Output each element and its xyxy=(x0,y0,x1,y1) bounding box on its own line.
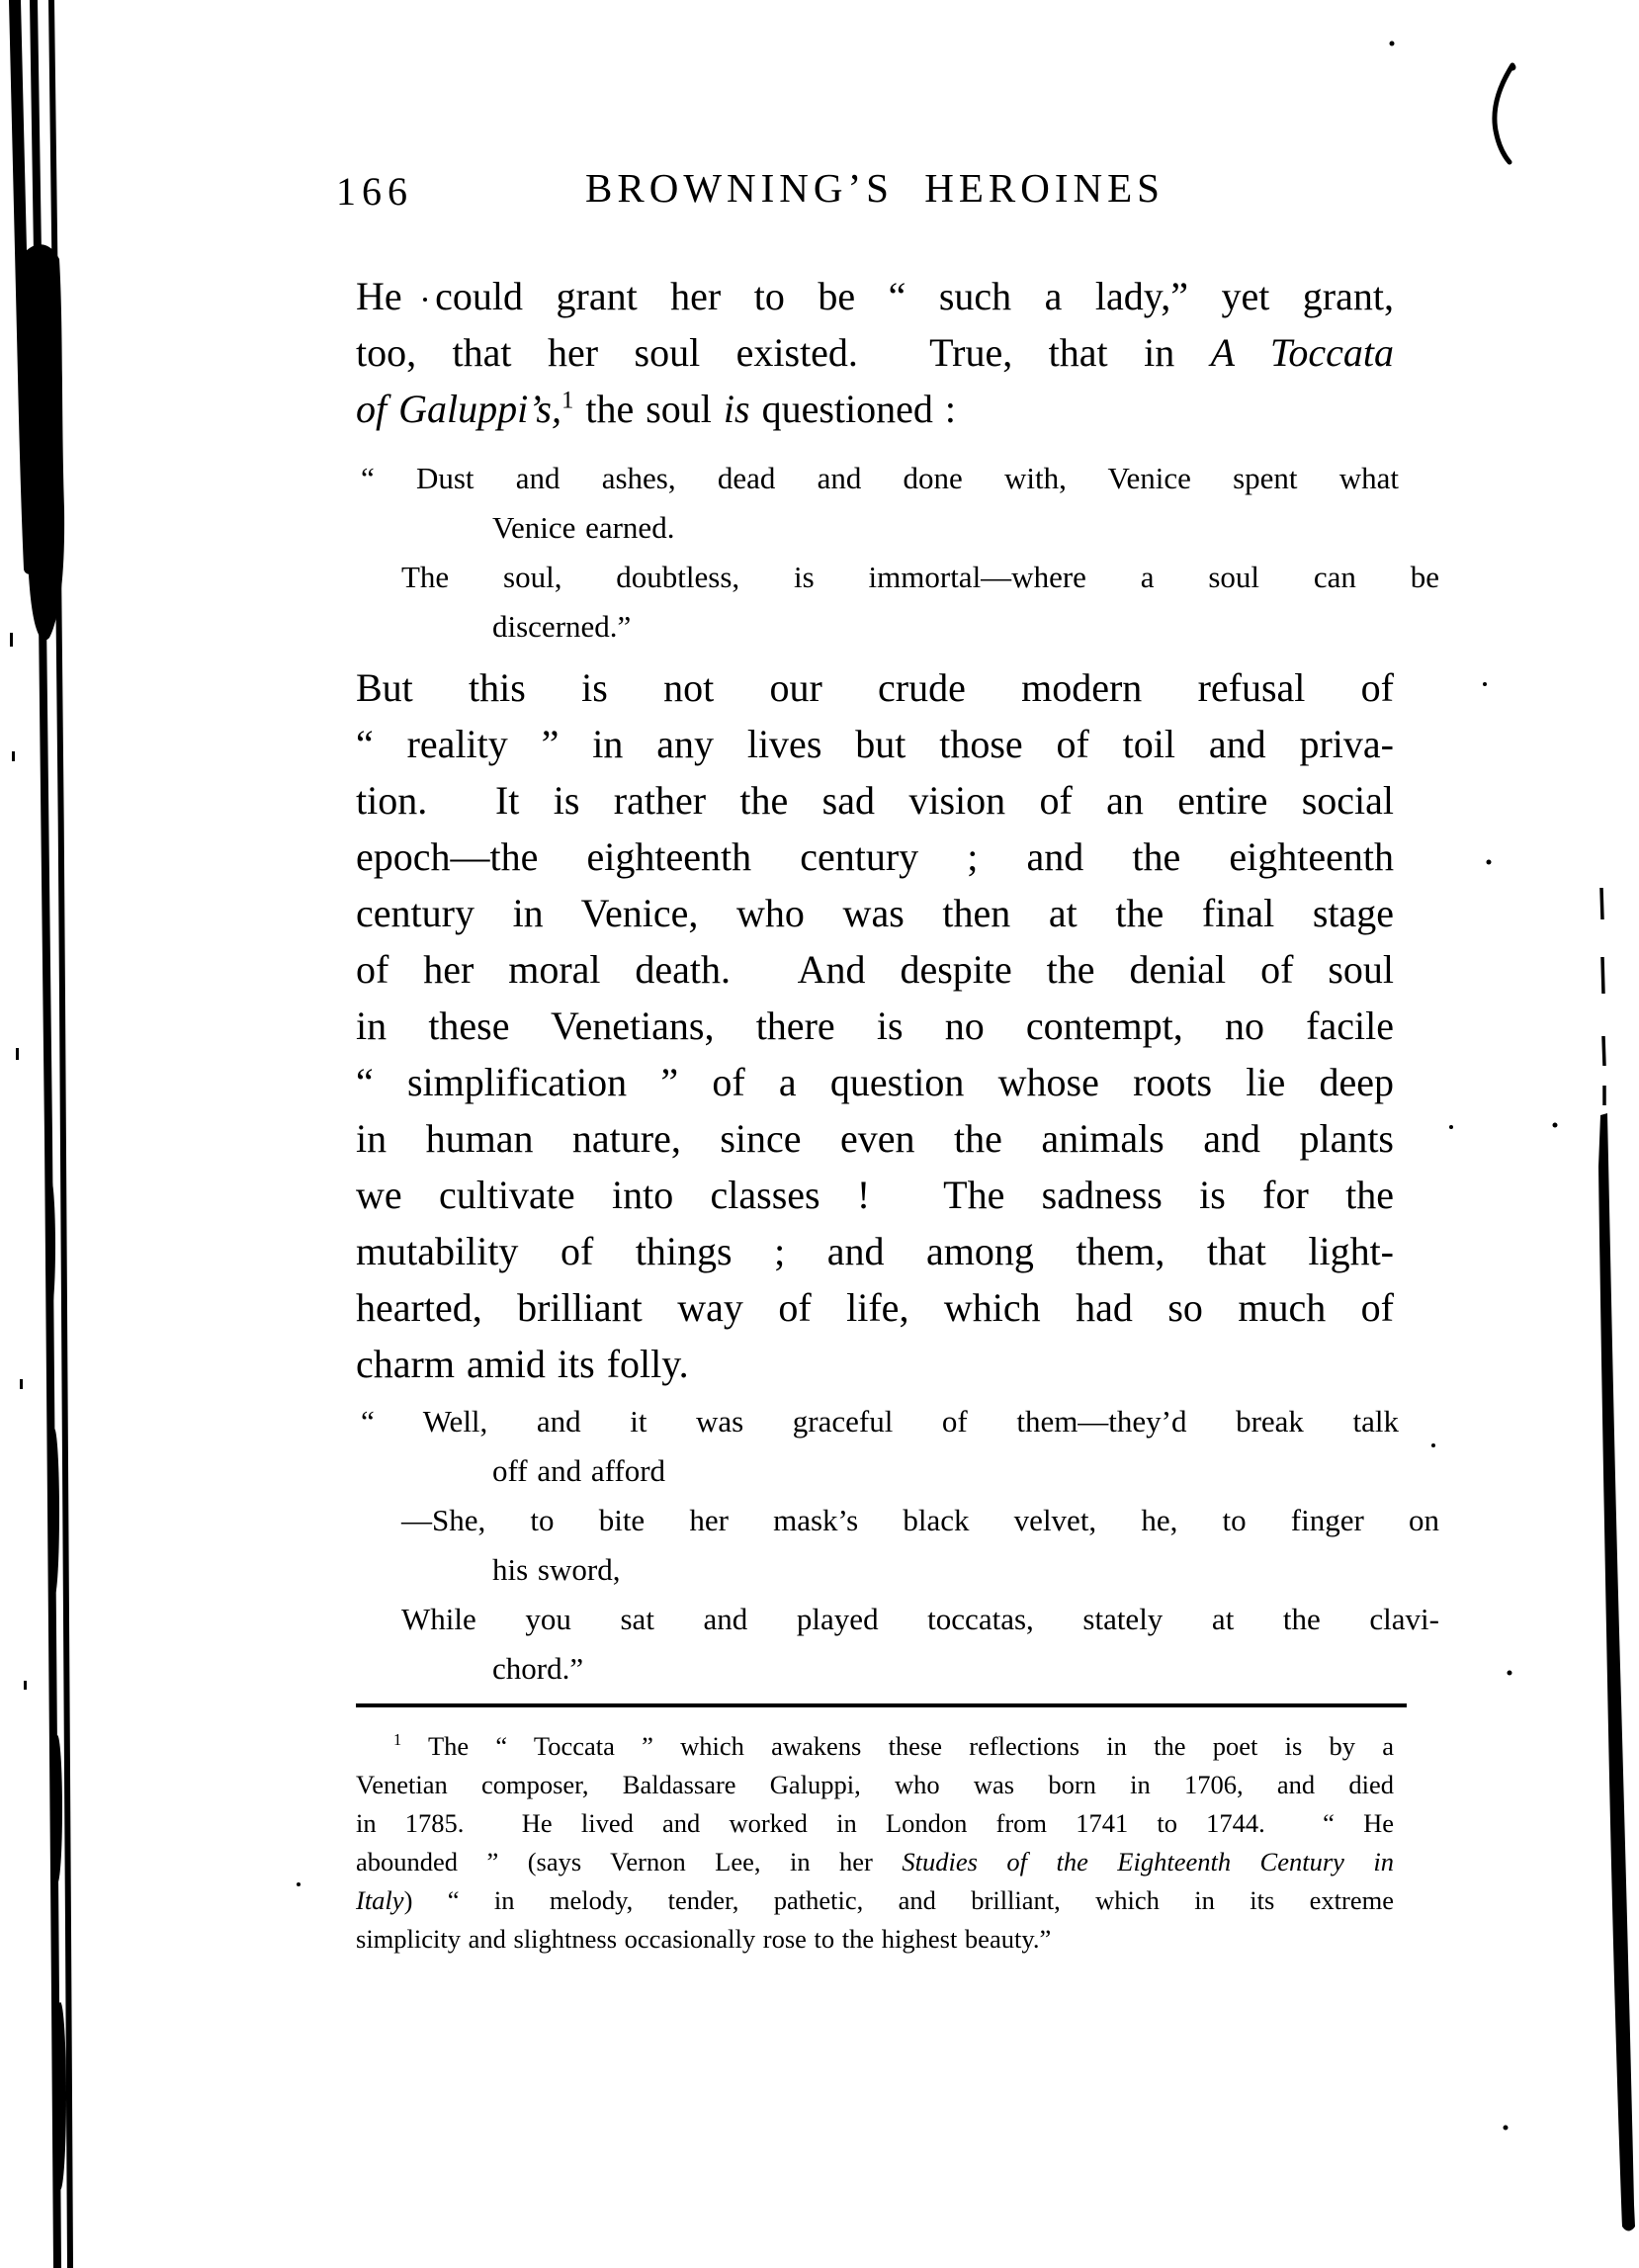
footnote-line: 1 The “ Toccata ” which awakens these re… xyxy=(356,1727,1394,1766)
text-line: epoch—the eighteenth century ; and the e… xyxy=(356,829,1394,885)
text-line: in these Venetians, there is no contempt… xyxy=(356,998,1394,1054)
text-line: we cultivate into classes ! The sadness … xyxy=(356,1167,1394,1223)
verse-line: The soul, doubtless, is immortal—where a… xyxy=(356,553,1439,602)
verse-line: “ Dust and ashes, dead and done with, Ve… xyxy=(356,454,1399,503)
footnote-line: in 1785. He lived and worked in London f… xyxy=(356,1804,1394,1843)
verse-line: While you sat and played toccatas, state… xyxy=(356,1595,1439,1644)
paren-mark-artifact xyxy=(1495,64,1516,163)
book-page-scan: 166 BROWNING’S HEROINES He could grant h… xyxy=(0,0,1639,2268)
verse-quote: “ Dust and ashes, dead and done with, Ve… xyxy=(356,454,1394,652)
text-line: He could grant her to be “ such a lady,”… xyxy=(356,268,1394,324)
text-line: century in Venice, who was then at the f… xyxy=(356,885,1394,941)
text-line: tion. It is rather the sad vision of an … xyxy=(356,772,1394,829)
verse-quote: “ Well, and it was graceful of them—they… xyxy=(356,1397,1394,1694)
verse-line: —She, to bite her mask’s black velvet, h… xyxy=(356,1496,1439,1545)
right-streak-artifact xyxy=(1598,888,1635,2231)
verse-line: “ Well, and it was graceful of them—they… xyxy=(356,1397,1399,1446)
running-head: 166 BROWNING’S HEROINES xyxy=(356,164,1394,219)
page-title: BROWNING’S HEROINES xyxy=(356,164,1394,212)
footnote-line: simplicity and slightness occasionally r… xyxy=(356,1920,1394,1959)
verse-line: off and afford xyxy=(356,1446,1530,1496)
text-line: mutability of things ; and among them, t… xyxy=(356,1223,1394,1279)
text-line: of her moral death. And despite the deni… xyxy=(356,941,1394,998)
gutter-shadow-artifact xyxy=(10,0,70,2268)
text-line: too, that her soul existed. True, that i… xyxy=(356,324,1394,381)
text-line: charm amid its folly. xyxy=(356,1336,1394,1392)
footnote-rule xyxy=(356,1703,1407,1707)
verse-line: discerned.” xyxy=(356,602,1530,652)
paragraph: He could grant her to be “ such a lady,”… xyxy=(356,268,1394,437)
text-line: “ simplification ” of a question whose r… xyxy=(356,1054,1394,1110)
verse-line: Venice earned. xyxy=(356,503,1530,553)
text-line: in human nature, since even the animals … xyxy=(356,1110,1394,1167)
text-line: of Galuppi’s,1 the soul is questioned : xyxy=(356,381,1394,437)
text-line: “ reality ” in any lives but those of to… xyxy=(356,716,1394,772)
verse-line: his sword, xyxy=(356,1545,1530,1595)
footnote-line: abounded ” (says Vernon Lee, in her Stud… xyxy=(356,1843,1394,1881)
footnote: 1 The “ Toccata ” which awakens these re… xyxy=(356,1727,1394,1959)
verse-line: chord.” xyxy=(356,1644,1530,1694)
text-line: hearted, brilliant way of life, which ha… xyxy=(356,1279,1394,1336)
paragraph: But this is not our crude modern refusal… xyxy=(356,659,1394,1392)
footnote-line: Italy) “ in melody, tender, pathetic, an… xyxy=(356,1881,1394,1920)
text-line: But this is not our crude modern refusal… xyxy=(356,659,1394,716)
footnote-line: Venetian composer, Baldassare Galuppi, w… xyxy=(356,1766,1394,1804)
